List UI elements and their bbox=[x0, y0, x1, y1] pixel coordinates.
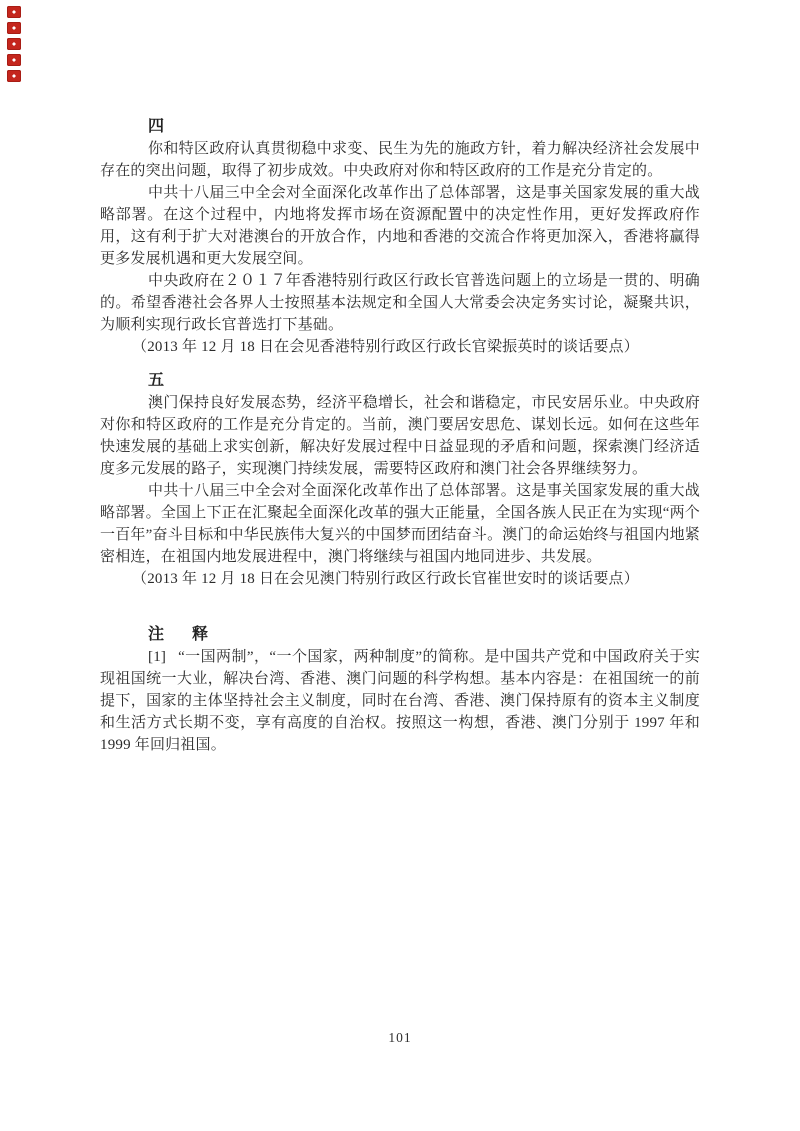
section-five: 五 澳门保持良好发展态势，经济平稳增长，社会和谐稳定，市民安居乐业。中央政府对你… bbox=[100, 370, 700, 590]
red-stamp-icon bbox=[7, 22, 21, 34]
red-stamp-icon bbox=[7, 6, 21, 18]
red-stamp-icon bbox=[7, 54, 21, 66]
section-four-heading: 四 bbox=[100, 116, 700, 138]
paragraph: 中共十八届三中全会对全面深化改革作出了总体部署。这是事关国家发展的重大战略部署。… bbox=[100, 480, 700, 568]
note-item: [1]“一国两制”，“一个国家，两种制度”的简称。是中国共产党和中国政府关于实现… bbox=[100, 646, 700, 756]
notes-section: 注 释 [1]“一国两制”，“一个国家，两种制度”的简称。是中国共产党和中国政府… bbox=[100, 624, 700, 756]
note-text: “一国两制”，“一个国家，两种制度”的简称。是中国共产党和中国政府关于实现祖国统… bbox=[100, 649, 700, 753]
note-marker: [1] bbox=[148, 649, 166, 665]
red-stamp-icon bbox=[7, 38, 21, 50]
document-page: 四 你和特区政府认真贯彻稳中求变、民生为先的施政方针，着力解决经济社会发展中存在… bbox=[0, 0, 800, 1131]
attribution-line: （2013 年 12 月 18 日在会见香港特别行政区行政长官梁振英时的谈话要点… bbox=[100, 336, 700, 358]
page-number: 101 bbox=[0, 1030, 800, 1046]
margin-annotation-marks bbox=[7, 6, 21, 82]
section-five-heading: 五 bbox=[100, 370, 700, 392]
paragraph: 澳门保持良好发展态势，经济平稳增长，社会和谐稳定，市民安居乐业。中央政府对你和特… bbox=[100, 392, 700, 480]
attribution-line: （2013 年 12 月 18 日在会见澳门特别行政区行政长官崔世安时的谈话要点… bbox=[100, 568, 700, 590]
paragraph: 中央政府在２０１７年香港特别行政区行政长官普选问题上的立场是一贯的、明确的。希望… bbox=[100, 270, 700, 336]
paragraph: 中共十八届三中全会对全面深化改革作出了总体部署，这是事关国家发展的重大战略部署。… bbox=[100, 182, 700, 270]
page-content: 四 你和特区政府认真贯彻稳中求变、民生为先的施政方针，着力解决经济社会发展中存在… bbox=[100, 0, 700, 756]
notes-heading: 注 释 bbox=[100, 624, 700, 646]
paragraph: 你和特区政府认真贯彻稳中求变、民生为先的施政方针，着力解决经济社会发展中存在的突… bbox=[100, 138, 700, 182]
red-stamp-icon bbox=[7, 70, 21, 82]
section-four: 四 你和特区政府认真贯彻稳中求变、民生为先的施政方针，着力解决经济社会发展中存在… bbox=[100, 116, 700, 358]
